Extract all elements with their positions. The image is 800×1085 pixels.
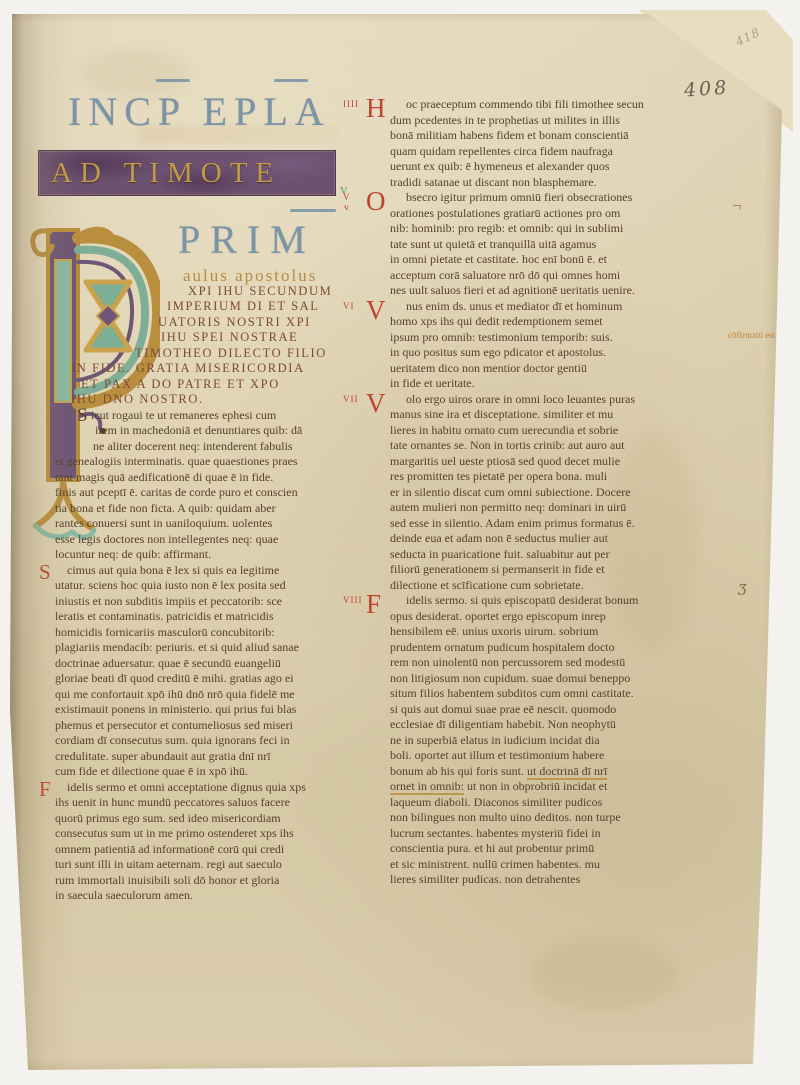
prim-text: PRIM <box>178 217 316 262</box>
text-line: homo xps ihs qui dedit redemptionem seme… <box>390 314 740 330</box>
abbreviation-macron <box>290 209 336 212</box>
text-line: in quo positus sum ego pdicator et apost… <box>390 345 740 361</box>
incipit-line: INCP EPLA <box>68 88 368 135</box>
text-line: quam quidam repellentes circa fidem nauf… <box>390 144 740 160</box>
text-line: autem mulieri non permitto neq: dominari… <box>390 500 740 516</box>
text-line: finis aut pceptī ē. caritas de corde pur… <box>55 485 357 501</box>
text-line: rem non uinolentū non percussorem sed mo… <box>390 655 740 671</box>
text-line: rum immortali inuisibili soli dō honor e… <box>55 873 357 889</box>
margin-gloss: cōfirmatū est <box>728 330 775 340</box>
text-line: lieres in habitu ornato cum uerecundia e… <box>390 423 740 439</box>
chapter-numeral: V <box>343 192 351 202</box>
manuscript-photo: 418 408 INCP EPLA AD TIMOTE v v PRIM <box>0 0 800 1085</box>
text-line: icut rogaui te ut remaneres ephesi cum <box>55 408 357 424</box>
text-line: tate sunt ut quietā et tranquillā uitā a… <box>390 237 740 253</box>
text-line: acceptum corā saluatore nrō dō qui omnes… <box>390 268 740 284</box>
text-line: tant magis quā aedificationē di quae ē i… <box>55 470 357 486</box>
paragraph: Fidelis sermo et omni acceptatione dignu… <box>55 780 357 904</box>
text-line: irem in machedoniā et denuntiares quib: … <box>55 423 357 439</box>
text-line: tradidi satanae ut discant non blasphema… <box>390 175 740 191</box>
left-text-column: aulus apostolusXPI IHU SECUNDUMIMPERIUM … <box>55 268 357 904</box>
chapter-numeral: VIII <box>343 595 363 605</box>
text-line: prudentem ornatum pudicum hospitalem doc… <box>390 640 740 656</box>
text-line: et sic ministrent. nullū crimen habentes… <box>390 857 740 873</box>
text-line: bsecro igitur primum omniū fieri obsecra… <box>390 190 740 206</box>
chapter-numeral: VII <box>343 394 359 404</box>
right-minuscule-block: IIIIHoc praeceptum commendo tibi fili ti… <box>390 97 740 888</box>
chapter-section: IIIIHoc praeceptum commendo tibi fili ti… <box>390 97 740 190</box>
text-line: ornet in omnib: ut non in obprobriū inci… <box>390 779 740 795</box>
text-line: deinde eua et adam non ē seductus mulier… <box>390 531 740 547</box>
text-line: ipsum pro omnib: testimonium temporib: s… <box>390 330 740 346</box>
text-line: in saecula saeculorum amen. <box>55 888 357 904</box>
manuscript-page: 408 INCP EPLA AD TIMOTE v v PRIM <box>8 10 784 1074</box>
text-line: leratis et contaminatis. patricidis et m… <box>55 609 357 625</box>
text-line: er in silentio discat cum omni subiectio… <box>390 485 740 501</box>
text-line: res promitten tes pietatē per opera bona… <box>390 469 740 485</box>
text-line: manus sine ira et disceptatione. similit… <box>390 407 740 423</box>
text-line: consecutus sum ut in me primo ostenderet… <box>55 826 357 842</box>
text-line: ecclesiae dī diligentiam habebit. Non ne… <box>390 717 740 733</box>
text-line: ihs uenit in hunc mundū peccatores saluo… <box>55 795 357 811</box>
text-line: in omni pietate et castitate. hoc enī bo… <box>390 252 740 268</box>
chapter-section: VIIIFidelis sermo. si quis episcopatū de… <box>390 593 740 888</box>
text-line: orationes postulationes gratiarū actione… <box>390 206 740 222</box>
text-line: lucrum sectantes. habentes mysteriū fide… <box>390 826 740 842</box>
text-line: ne in superbiā elatus in iudicium incida… <box>390 733 740 749</box>
text-line: laqueum diaboli. Diaconos similiter pudi… <box>390 795 740 811</box>
text-line: boli. oportet aut illum et testimonium h… <box>390 748 740 764</box>
text-line: omnem patientiā ad informationē corū qui… <box>55 842 357 858</box>
title-banner: AD TIMOTE <box>38 150 336 196</box>
incipit-text: INCP EPLA <box>68 89 331 134</box>
text-line: in fide et ueritate. <box>390 376 740 392</box>
text-line: non bilingues non multo uino deditos. no… <box>390 810 740 826</box>
display-line: XPI IHU SECUNDUM <box>55 284 357 300</box>
text-line: ne aliter docerent neq: intenderent fabu… <box>55 439 357 455</box>
abbreviation-macron <box>274 79 308 82</box>
display-line: TIMOTHEO DILECTO FILIO <box>55 346 357 362</box>
text-line: idelis sermo et omni acceptatione dignus… <box>55 780 357 796</box>
chapter-section: VObsecro igitur primum omniū fieri obsec… <box>390 190 740 299</box>
text-line: tate ornantes se. Non in tortis crinib: … <box>390 438 740 454</box>
text-line: dum pcedentes in te prophetias ut milite… <box>390 113 740 129</box>
underlined-phrase: ornet in omnib: <box>390 779 464 795</box>
abbreviation-macron <box>156 79 190 82</box>
title-number-line: PRIM <box>178 216 316 263</box>
text-line: tia bona et fide non ficta. A quib: quid… <box>55 501 357 517</box>
text-line: esse legis doctores non intellegentes ne… <box>55 532 357 548</box>
chapter-section: VIIVolo ergo uiros orare in omni loco le… <box>390 392 740 594</box>
text-line: phemus et persecutor et contumeliosus se… <box>55 718 357 734</box>
text-line: nes uult saluos fieri et ad agnitionē ue… <box>390 283 740 299</box>
text-line: cimus aut quia bona ē lex si quis ea leg… <box>55 563 357 579</box>
text-line: conscientia pura. et hi aut probentur pr… <box>390 841 740 857</box>
banner-text: AD TIMOTE <box>51 157 281 190</box>
text-line: plagiariis mendacib: periuris. et si qui… <box>55 640 357 656</box>
text-line: bonum ab his qui foris sunt. ut doctrinā… <box>390 764 740 780</box>
text-line: si quis aut domui suae prae eē nescit. q… <box>390 702 740 718</box>
section-initial: O <box>366 186 386 217</box>
text-line: dilectione et scīficatione cum sobrietat… <box>390 578 740 594</box>
text-line: iniustis et non subditis impiis et pecca… <box>55 594 357 610</box>
text-line: qui me confortauit xpō ihū dnō nrō quia … <box>55 687 357 703</box>
chapter-numeral: VI <box>343 301 355 311</box>
text-line: bonā militiam habens fidem et bonam cons… <box>390 128 740 144</box>
display-line: UATORIS NOSTRI XPI <box>55 315 357 331</box>
text-line: cordiam dī consecutus sum. quia ignorans… <box>55 733 357 749</box>
display-capitals-block: aulus apostolusXPI IHU SECUNDUMIMPERIUM … <box>55 268 357 408</box>
paragraph: Scimus aut quia bona ē lex si quis ea le… <box>55 563 357 780</box>
text-line: sed esse in silentio. Adam enim primus f… <box>390 516 740 532</box>
parchment-stain <box>528 940 678 1010</box>
text-line: uerunt ex quib: ē hymeneus et alexander … <box>390 159 740 175</box>
text-line: credulitate. super abundauit aut gratia … <box>55 749 357 765</box>
chapter-section: VIVnus enim ds. unus et mediator dī et h… <box>390 299 740 392</box>
display-line: aulus apostolus <box>55 268 357 284</box>
display-line: IHU SPEI NOSTRAE <box>55 330 357 346</box>
underlined-phrase: ut doctrinā dī nrī <box>527 764 607 780</box>
paragraph: Sicut rogaui te ut remaneres ephesi cumi… <box>55 408 357 563</box>
text-line: non litigiosum non cupidum. suae domui b… <box>390 671 740 687</box>
display-line: ET PAX A DO PATRE ET XPO <box>55 377 357 393</box>
section-initial: F <box>366 589 381 620</box>
text-line: oc praeceptum commendo tibi fili timothe… <box>390 97 740 113</box>
paragraph-initial: S <box>77 405 88 427</box>
section-initial: H <box>366 93 386 124</box>
section-initial: V <box>366 388 386 419</box>
right-text-column: IIIIHoc praeceptum commendo tibi fili ti… <box>390 97 740 888</box>
text-line: homicidis fornicariis masculorū concubit… <box>55 625 357 641</box>
rubric-tick-mark: v <box>343 202 349 214</box>
text-line: existimauit ponens in ministerio. qui pr… <box>55 702 357 718</box>
text-line: cum fide et dilectione quae ē in xpō ihū… <box>55 764 357 780</box>
text-line: situm filios habentem subditos cum omni … <box>390 686 740 702</box>
text-line: locuntur neq: de quib: affirmant. <box>55 547 357 563</box>
text-line: idelis sermo. si quis episcopatū desider… <box>390 593 740 609</box>
section-initial: V <box>366 295 386 326</box>
text-line: filiorū generationem si permanserit in f… <box>390 562 740 578</box>
text-line: turi sunt illi in uitam aeternam. regi a… <box>55 857 357 873</box>
margin-bracket-mark: ¬ <box>731 196 742 216</box>
text-line: lieres similiter pudicas. non detrahente… <box>390 872 740 888</box>
text-line: gloriae beati dī quod creditū ē mihi. gr… <box>55 671 357 687</box>
paragraph-initial: S <box>39 560 51 585</box>
margin-squiggle-mark: Ʒ <box>738 581 746 599</box>
text-line: olo ergo uiros orare in omni loco leuant… <box>390 392 740 408</box>
text-line: margaritis uel ueste ptiosā sed quod dec… <box>390 454 740 470</box>
text-line: opus desiderat. oportet ergo episcopum i… <box>390 609 740 625</box>
text-line: nus enim ds. unus et mediator dī et homi… <box>390 299 740 315</box>
text-line: hensibilem eē. unius uxoris uirum. sobri… <box>390 624 740 640</box>
text-line: utatur. sciens hoc quia iusto non ē lex … <box>55 578 357 594</box>
old-foliation-number: 418 <box>733 25 762 49</box>
text-line: nib: hominib: pro regib: et omnib: qui i… <box>390 221 740 237</box>
left-minuscule-block: Sicut rogaui te ut remaneres ephesi cumi… <box>55 408 357 904</box>
text-line: rantes conuersi sunt in uaniloquium. uol… <box>55 516 357 532</box>
paragraph-initial: F <box>39 777 51 802</box>
chapter-numeral: IIII <box>343 99 359 109</box>
text-line: doctrinae aduersatur. quae ē secundū eua… <box>55 656 357 672</box>
text-line: quorū primus ego sum. sed ideo misericor… <box>55 811 357 827</box>
display-line: IN FIDE. GRATIA MISERICORDIA <box>55 361 357 377</box>
display-line: IHU DNO NOSTRO. <box>55 392 357 408</box>
display-line: IMPERIUM DI ET SAL <box>55 299 357 315</box>
text-line: ueritatem dico non mentior doctor gentiū <box>390 361 740 377</box>
text-line: et genealogiis interminatis. quae quaest… <box>55 454 357 470</box>
text-line: seducta in puaricatione fuit. saluabitur… <box>390 547 740 563</box>
